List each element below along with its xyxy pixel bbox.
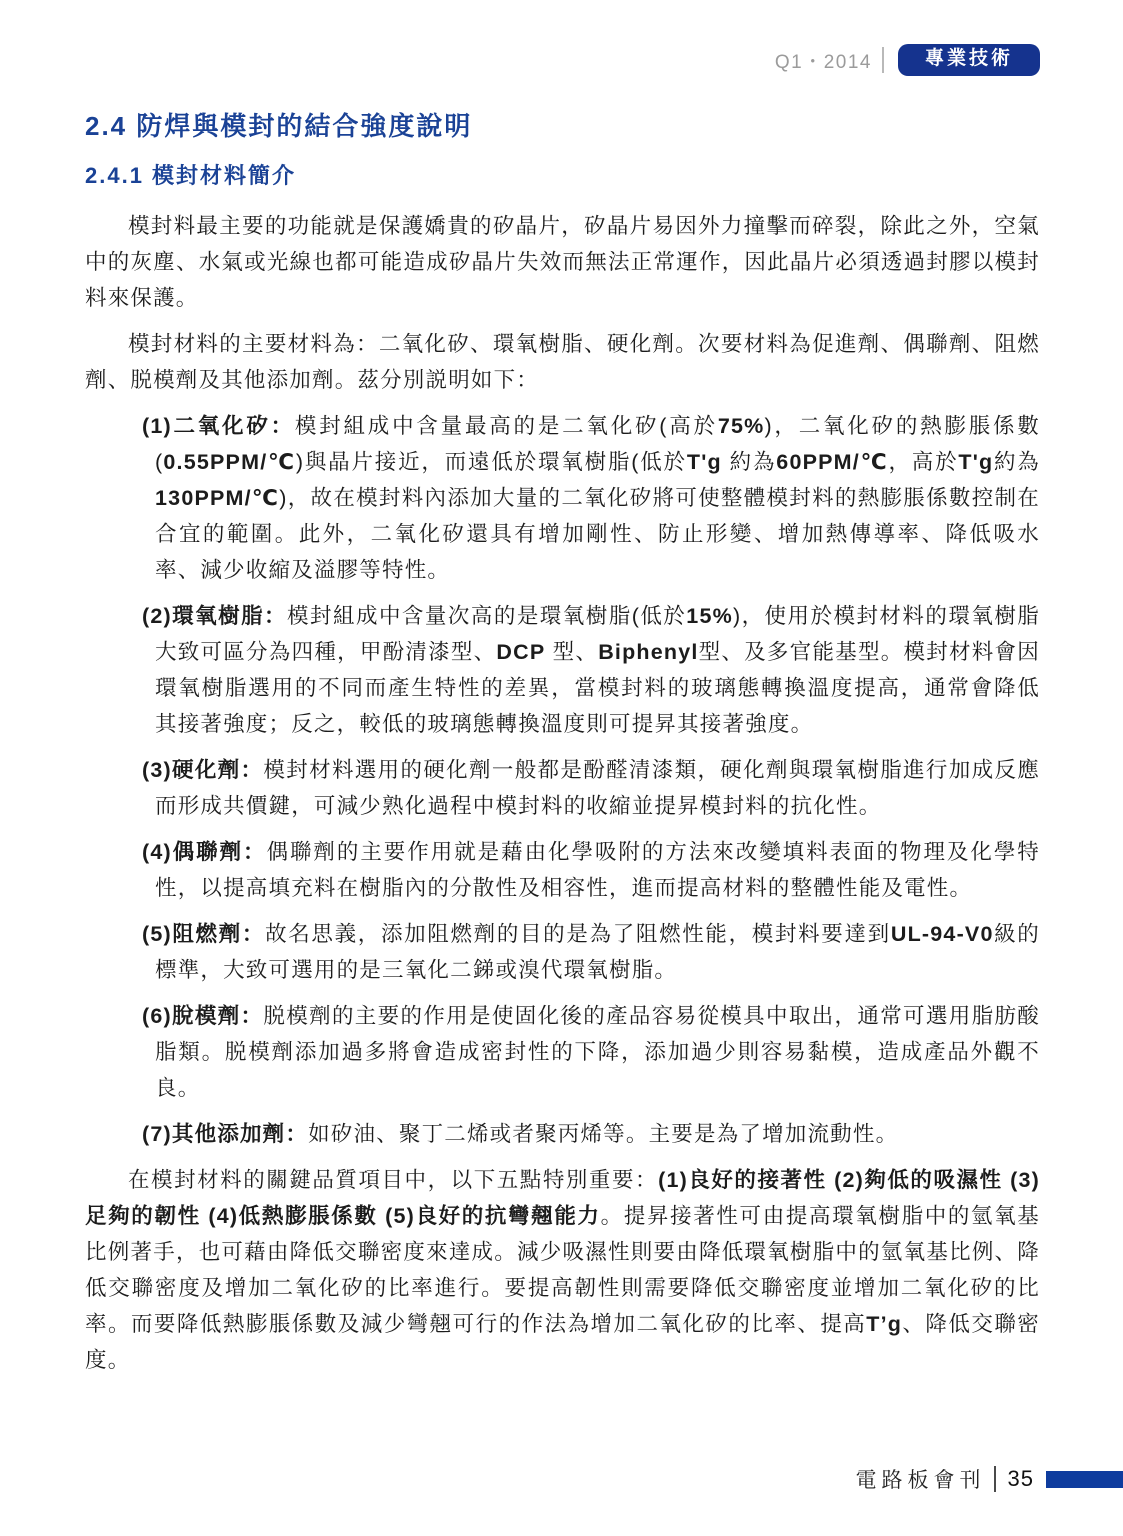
- list-item-text: 脱模劑的主要的作用是使固化後的產品容易從模具中取出，通常可選用脂肪酸脂類。脱模劑…: [155, 1004, 1040, 1100]
- page-footer: 電路板會刊 35: [856, 1464, 1123, 1494]
- list-item-other-additives: (7)其他添加劑：如矽油、聚丁二烯或者聚丙烯等。主要是為了增加流動性。: [155, 1116, 1040, 1152]
- issue-label: Q1・2014: [775, 47, 872, 74]
- document-page: Q1・2014 專業技術 2.4 防焊與模封的結合強度說明 2.4.1 模封材料…: [0, 0, 1123, 1536]
- list-item-release-agent: (6)脫模劑：脱模劑的主要的作用是使固化後的產品容易從模具中取出，通常可選用脂肪…: [155, 998, 1040, 1106]
- list-item-coupling-agent: (4)偶聯劑：偶聯劑的主要作用就是藉由化學吸附的方法來改變填料表面的物理及化學特…: [155, 834, 1040, 906]
- list-item-hardener: (3)硬化劑：模封材料選用的硬化劑一般都是酚醛清漆類，硬化劑與環氧樹脂進行加成反…: [155, 752, 1040, 824]
- material-list: (1)二氧化矽：模封組成中含量最高的是二氧化矽(高於75%)，二氧化矽的熱膨脹係…: [85, 408, 1040, 1152]
- list-item-text: 偶聯劑的主要作用就是藉由化學吸附的方法來改變填料表面的物理及化學特性，以提高填充…: [155, 840, 1040, 900]
- list-item-label: (7)其他添加劑：: [142, 1122, 308, 1146]
- section-title: 2.4 防焊與模封的結合強度說明: [85, 106, 1040, 143]
- closing-paragraph: 在模封材料的關鍵品質項目中，以下五點特別重要：(1)良好的接著性 (2)夠低的吸…: [85, 1162, 1040, 1378]
- article-body: 2.4 防焊與模封的結合強度說明 2.4.1 模封材料簡介 模封料最主要的功能就…: [85, 106, 1040, 1388]
- list-item-label: (6)脫模劑：: [142, 1004, 263, 1028]
- list-item-epoxy: (2)環氧樹脂：模封組成中含量次高的是環氧樹脂(低於15%)，使用於模封材料的環…: [155, 598, 1040, 742]
- intro-paragraph-2: 模封材料的主要材料為：二氧化矽、環氧樹脂、硬化劑。次要材料為促進劑、偶聯劑、阻燃…: [85, 326, 1040, 398]
- footer-accent-bar: [1046, 1471, 1123, 1488]
- list-item-text: 模封組成中含量次高的是環氧樹脂(低於15%)，使用於模封材料的環氧樹脂大致可區分…: [155, 604, 1040, 736]
- page-number: 35: [1008, 1466, 1034, 1492]
- list-item-silica: (1)二氧化矽：模封組成中含量最高的是二氧化矽(高於75%)，二氧化矽的熱膨脹係…: [155, 408, 1040, 588]
- list-item-text: 模封材料選用的硬化劑一般都是酚醛清漆類，硬化劑與環氧樹脂進行加成反應而形成共價鍵…: [155, 758, 1040, 818]
- header-divider: [882, 47, 884, 73]
- subsection-title: 2.4.1 模封材料簡介: [85, 159, 1040, 190]
- list-item-text: 模封組成中含量最高的是二氧化矽(高於75%)，二氧化矽的熱膨脹係數(0.55PP…: [155, 414, 1040, 582]
- intro-paragraph-1: 模封料最主要的功能就是保護嬌貴的矽晶片，矽晶片易因外力撞擊而碎裂，除此之外，空氣…: [85, 208, 1040, 316]
- list-item-label: (3)硬化劑：: [142, 758, 263, 782]
- list-item-text: 故名思義，添加阻燃劑的目的是為了阻燃性能，模封料要達到UL-94-V0級的標準，…: [155, 922, 1040, 982]
- journal-name: 電路板會刊: [856, 1464, 986, 1494]
- list-item-text: 如矽油、聚丁二烯或者聚丙烯等。主要是為了增加流動性。: [308, 1122, 898, 1146]
- list-item-label: (5)阻燃劑：: [142, 922, 265, 946]
- list-item-label: (4)偶聯劑：: [142, 840, 267, 864]
- list-item-label: (1)二氧化矽：: [142, 414, 295, 438]
- page-header: Q1・2014 專業技術: [775, 44, 1040, 76]
- footer-divider: [994, 1466, 996, 1492]
- category-badge: 專業技術: [898, 44, 1040, 76]
- list-item-label: (2)環氧樹脂：: [142, 604, 287, 628]
- list-item-flame-retardant: (5)阻燃劑：故名思義，添加阻燃劑的目的是為了阻燃性能，模封料要達到UL-94-…: [155, 916, 1040, 988]
